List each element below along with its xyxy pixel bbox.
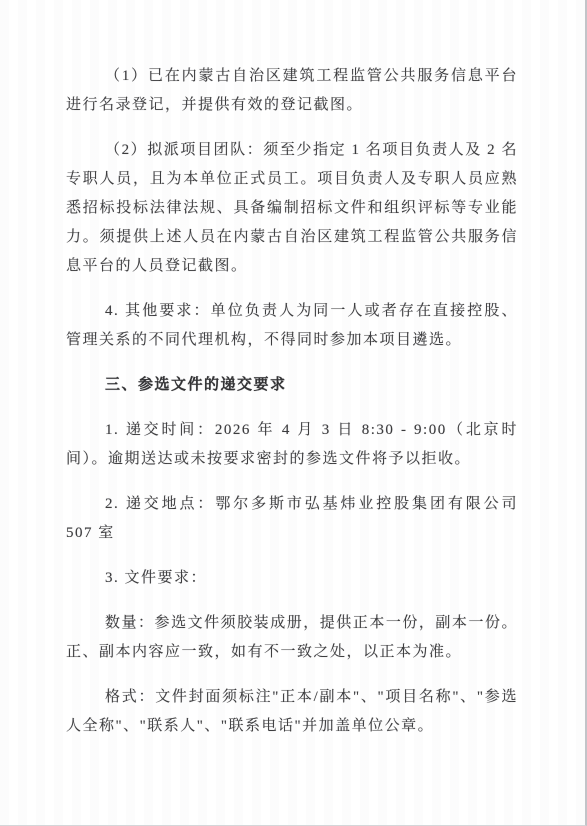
para-format-requirement: 格式：文件封面须标注"正本/副本"、"项目名称"、"参选人全称"、"联系人"、"… [66, 683, 518, 741]
document-content: （1）已在内蒙古自治区建筑工程监管公共服务信息平台进行名录登记，并提供有效的登记… [66, 62, 518, 757]
para-quantity-requirement: 数量：参选文件须胶装成册，提供正本一份，副本一份。正、副本内容应一致，如有不一致… [66, 609, 518, 667]
heading-submission-requirements: 三、参选文件的递交要求 [66, 371, 518, 400]
para-other-requirements: 4. 其他要求：单位负责人为同一人或者存在直接控股、管理关系的不同代理机构，不得… [66, 297, 518, 355]
para-submission-location: 2. 递交地点：鄂尔多斯市弘基炜业控股集团有限公司 507 室 [66, 490, 518, 548]
para-document-requirements-label: 3. 文件要求： [66, 564, 518, 593]
para-project-team-requirements: （2）拟派项目团队：须至少指定 1 名项目负责人及 2 名专职人员，且为本单位正… [66, 136, 518, 281]
para-registration-platform: （1）已在内蒙古自治区建筑工程监管公共服务信息平台进行名录登记，并提供有效的登记… [66, 62, 518, 120]
document-page: （1）已在内蒙古自治区建筑工程监管公共服务信息平台进行名录登记，并提供有效的登记… [0, 0, 587, 826]
para-submission-time: 1. 递交时间：2026 年 4 月 3 日 8:30 - 9:00（北京时间）… [66, 416, 518, 474]
